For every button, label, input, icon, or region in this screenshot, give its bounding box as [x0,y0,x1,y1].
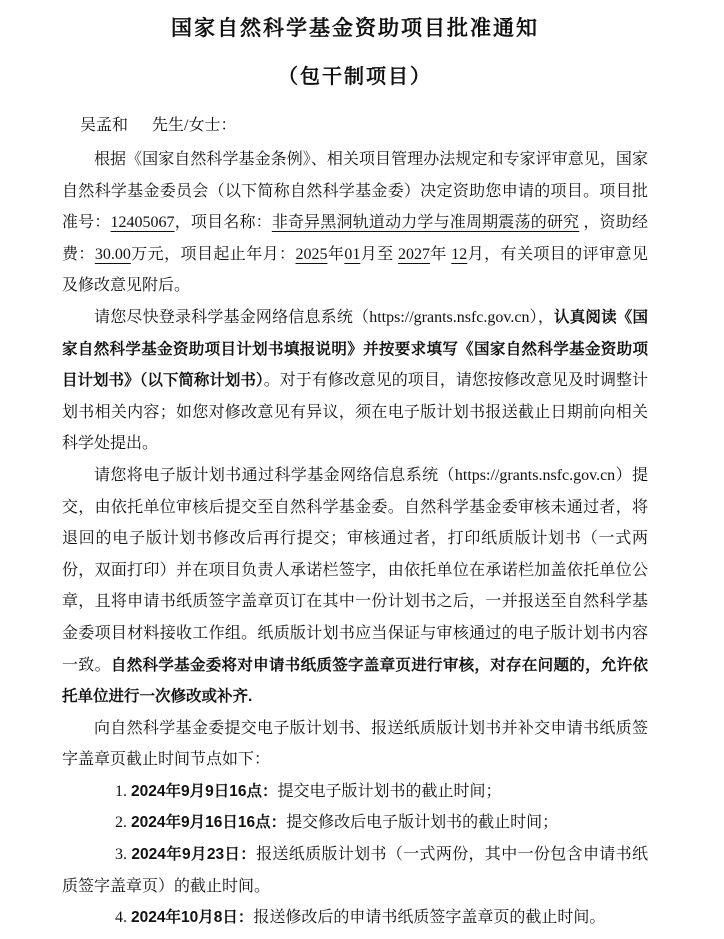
body-text: 1. [115,783,131,800]
filled-in-value: 30.00 [95,246,131,263]
emphasized-text: 2024年9月16日16点： [131,814,286,831]
body-text: 报送修改后的申请书纸质签字盖章页的截止时间。 [253,909,605,926]
deadline-list-item: 2. 2024年9月16日16点：提交修改后电子版计划书的截止时间； [62,807,648,839]
filled-in-value: 非奇异黑洞轨道动力学与准周期震荡的研究 [272,214,579,231]
body-text: 请您将电子版计划书通过科学基金网络信息系统（https://grants.nsf… [62,467,648,674]
body-text: 3. [115,846,131,863]
emphasized-text: 自然科学基金委将对申请书纸质签字盖章页进行审核，对存在问题的，允许依托单位进行一… [62,657,648,706]
body-text: 2. [115,814,131,831]
body-text: 年 [327,246,344,263]
recipient-name: 吴孟和 [80,114,128,138]
salutation-suffix: 先生/女士： [152,117,236,134]
filled-in-value: 12405067 [111,214,175,231]
filled-in-value: 2027 [398,246,430,263]
page-title: 国家自然科学基金资助项目批准通知 [62,14,648,42]
paragraph: 向自然科学基金委提交电子版计划书、报送纸质版计划书并补交申请书纸质签字盖章页截止… [62,713,648,776]
body-text: 月至 [360,246,398,263]
page-subtitle: （包干制项目） [62,64,648,90]
deadline-list-item: 3. 2024年9月23日：报送纸质版计划书（一式两份，其中一份包含申请书纸质签… [62,839,648,902]
filled-in-value: 2025 [295,246,327,263]
body-text: 万元，项目起止年月： [131,246,296,263]
body-text: 4. [115,909,131,926]
body-text: 提交修改后电子版计划书的截止时间； [286,814,558,831]
body-text: 提交电子版计划书的截止时间； [277,783,501,800]
deadline-list-item: 4. 2024年10月8日：报送修改后的申请书纸质签字盖章页的截止时间。 [62,902,648,934]
paragraph: 请您将电子版计划书通过科学基金网络信息系统（https://grants.nsf… [62,460,648,713]
body-text: 年 [430,246,451,263]
filled-in-value: 01 [344,246,360,263]
filled-in-value: 12 [451,246,467,263]
deadline-list-item: 1. 2024年9月9日16点：提交电子版计划书的截止时间； [62,776,648,808]
emphasized-text: 2024年9月9日16点： [131,783,277,800]
body-text: ，项目名称： [175,214,272,231]
emphasized-text: 2024年9月23日： [131,846,256,863]
body-text: 请您尽快登录科学基金网络信息系统（https://grants.nsfc.gov… [94,309,554,326]
emphasized-text: 2024年10月8日： [131,909,253,926]
paragraph: 请您尽快登录科学基金网络信息系统（https://grants.nsfc.gov… [62,302,648,460]
body-text: 向自然科学基金委提交电子版计划书、报送纸质版计划书并补交申请书纸质签字盖章页截止… [62,720,648,769]
salutation: 吴孟和先生/女士： [62,114,648,138]
document-body: 根据《国家自然科学基金条例》、相关项目管理办法规定和专家评审意见，国家自然科学基… [62,144,648,934]
paragraph: 根据《国家自然科学基金条例》、相关项目管理办法规定和专家评审意见，国家自然科学基… [62,144,648,302]
approval-notice-document: 国家自然科学基金资助项目批准通知 （包干制项目） 吴孟和先生/女士： 根据《国家… [0,0,724,939]
